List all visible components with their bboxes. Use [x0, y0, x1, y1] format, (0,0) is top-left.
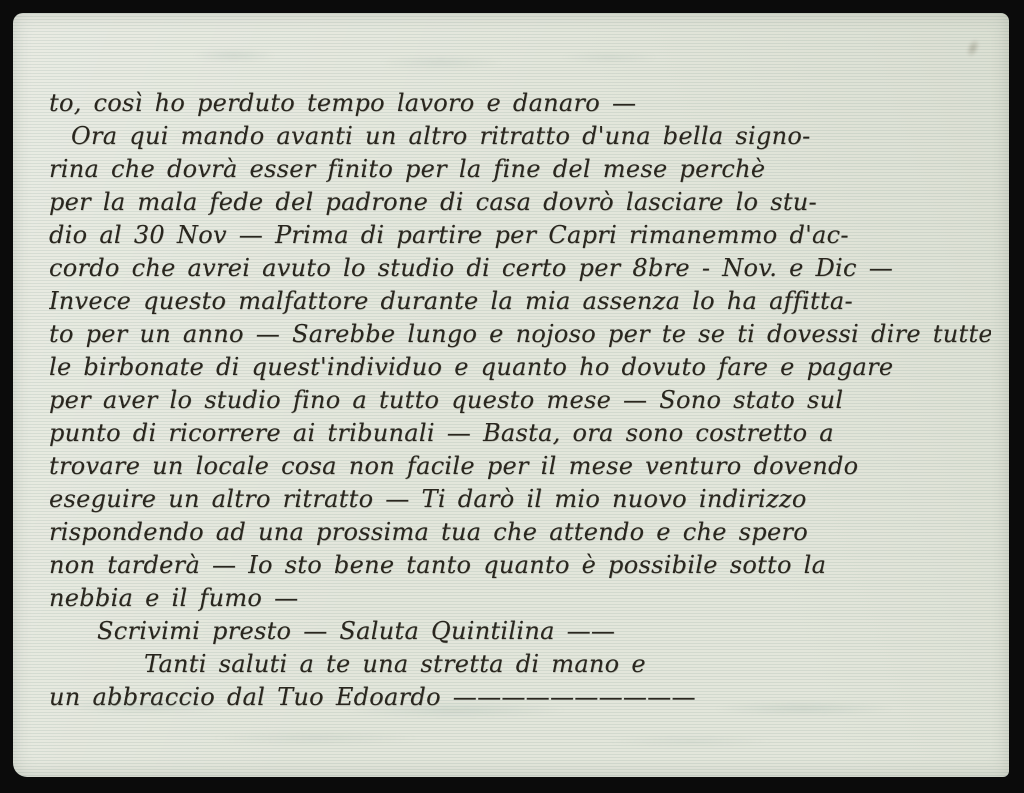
letter-line: nebbia e il fumo —: [49, 582, 991, 615]
letter-paper: to, così ho perduto tempo lavoro e danar…: [13, 13, 1009, 777]
letter-line: to per un anno — Sarebbe lungo e nojoso …: [49, 318, 991, 351]
letter-line: rispondendo ad una prossima tua che atte…: [49, 516, 991, 549]
letter-line: rina che dovrà esser finito per la fine …: [49, 153, 991, 186]
letter-line: Ora qui mando avanti un altro ritratto d…: [71, 120, 991, 153]
scanned-letter: to, così ho perduto tempo lavoro e danar…: [0, 0, 1024, 793]
letter-line: to, così ho perduto tempo lavoro e danar…: [49, 87, 991, 120]
letter-line: le birbonate di quest'individuo e quanto…: [49, 351, 991, 384]
letter-line: cordo che avrei avuto lo studio di certo…: [49, 252, 991, 285]
letter-line: punto di ricorrere ai tribunali — Basta,…: [49, 417, 991, 450]
letter-line: per la mala fede del padrone di casa dov…: [49, 186, 991, 219]
letter-line: non tarderà — Io sto bene tanto quanto è…: [49, 549, 991, 582]
letter-line: eseguire un altro ritratto — Ti darò il …: [49, 483, 991, 516]
letter-line: Scrivimi presto — Saluta Quintilina ——: [97, 615, 991, 648]
letter-line: trovare un locale cosa non facile per il…: [49, 450, 991, 483]
letter-line: dio al 30 Nov — Prima di partire per Cap…: [49, 219, 991, 252]
letter-line: per aver lo studio fino a tutto questo m…: [49, 384, 991, 417]
letter-line: Invece questo malfattore durante la mia …: [49, 285, 991, 318]
bleed-through-smudge-top: [133, 41, 693, 77]
letter-body: to, così ho perduto tempo lavoro e danar…: [49, 87, 991, 714]
letter-line: Tanti saluti a te una stretta di mano e: [144, 648, 991, 681]
letter-line: un abbraccio dal Tuo Edoardo ——————————: [49, 681, 991, 714]
corner-smudge: [960, 33, 985, 63]
